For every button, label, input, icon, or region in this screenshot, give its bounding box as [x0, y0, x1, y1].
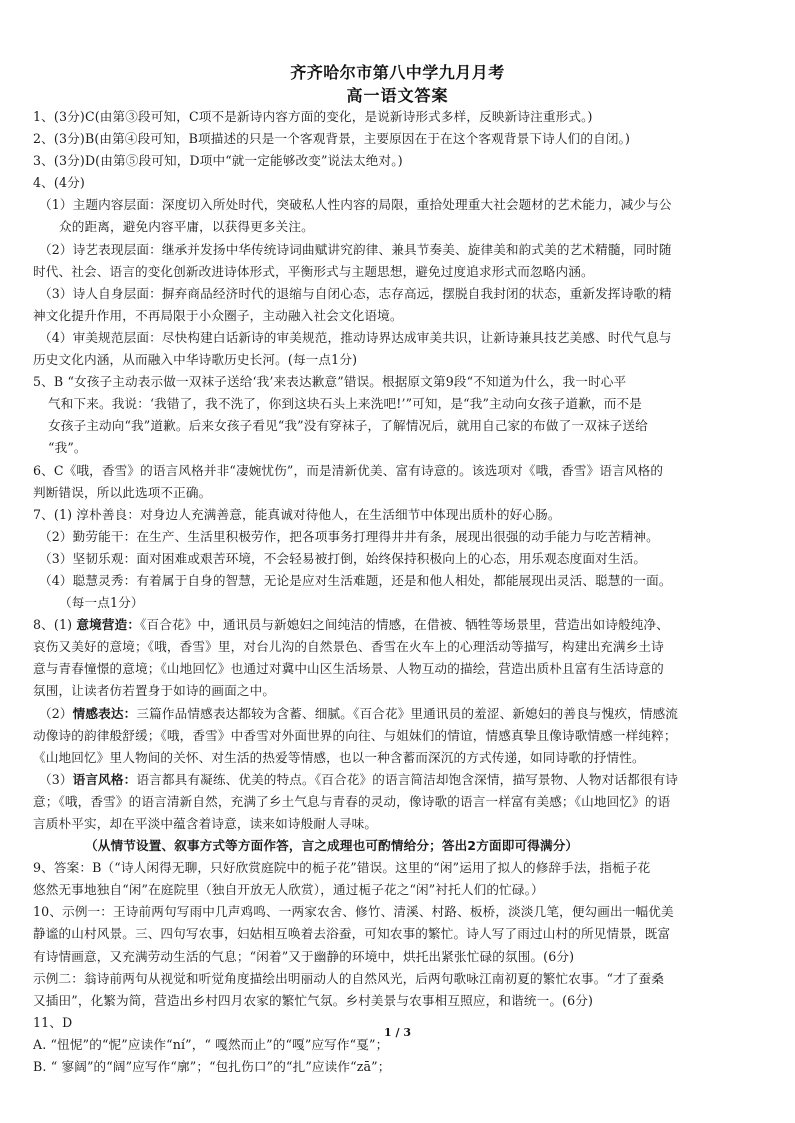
- answer-q4-point3: （3）诗人自身层面：摒弃商品经济时代的退缩与自闭心态，志存高远，摆脱自我封闭的状…: [33, 283, 768, 305]
- answer-q10-example1: 10、示例一：王诗前两句写雨中几声鸡鸣、一两家农舍、修竹、清溪、村路、板桥，淡淡…: [33, 901, 768, 923]
- answer-sheet-page: 齐齐哈尔市第八中学九月月考 高一语文答案 1、(3分)C(由第③段可知，C项不是…: [0, 0, 795, 1123]
- answer-q8-point1-prefix: 8、(1): [33, 617, 76, 632]
- answer-q1: 1、(3分)C(由第③段可知，C项不是新诗内容方面的变化，是说新诗形式多样，反映…: [33, 106, 768, 128]
- answer-q4-point2: （2）诗艺表现层面：继承并发扬中华传统诗词曲赋讲究韵律、兼具节奏美、旋律美和韵式…: [33, 239, 768, 261]
- answer-q8-point2-text: 三篇作品情感表达都较为含蓄、细腻。《百合花》里通讯员的羞涩、新媳妇的善良与愧疚，…: [136, 706, 678, 721]
- answer-q5-cont: “我”。: [33, 437, 768, 459]
- answer-q4-point1-cont: 众的距离，避免内容平庸，以获得更多关注。: [33, 216, 768, 238]
- answer-body: 1、(3分)C(由第③段可知，C项不是新诗内容方面的变化，是说新诗形式多样，反映…: [33, 106, 768, 1078]
- answer-q4-point4: （4）审美规范层面：尽快构建白话新诗的审美规范，推动诗界达成审美共识，让新诗兼具…: [33, 327, 768, 349]
- answer-q8-grading-note: （从情节设置、叙事方式等方面作答，言之成理也可酌情给分；答出2方面即可得满分）: [33, 835, 768, 857]
- answer-q7-score-note: （每一点1分）: [33, 592, 768, 614]
- answer-q7-point3: （3）坚韧乐观：面对困难或艰苦环境，不会轻易被打倒，始终保持积极向上的心态，用乐…: [33, 548, 768, 570]
- answer-q8-point3-label: 语言风格：: [73, 772, 137, 787]
- answer-q8-point3-cont: 言质朴平实，却在平淡中蕴含着诗意，读来如诗般耐人寻味。: [33, 813, 768, 835]
- answer-q2: 2、(3分)B(由第④段可知，B项描述的只是一个客观背景，主要原因在于在这个客观…: [33, 128, 768, 150]
- answer-q7-point4: （4）聪慧灵秀：有着属于自身的智慧，无论是应对生活难题，还是和他人相处，都能展现…: [33, 570, 768, 592]
- answer-q7-point1: 7、(1) 淳朴善良：对身边人充满善意，能真诚对待他人，在生活细节中体现出质朴的…: [33, 504, 768, 526]
- answer-q8-point1-text: 《百合花》中，通讯员与新媳妇之间纯洁的情感，在借被、牺牲等场景里，营造出如诗般纯…: [140, 617, 669, 632]
- answer-q8-point2-cont: 《山地回忆》里人物间的关怀、对生活的热爱等情感，也以一种含蓄而深沉的方式传递，如…: [33, 747, 768, 769]
- answer-q10-example1-cont: 有诗情画意，又充满劳动生活的气息；“闲着”又于幽静的环境中，烘托出紧张忙碌的氛围…: [33, 946, 768, 968]
- answer-q8-point2-prefix: （2）: [39, 706, 73, 721]
- answer-q8-point3: （3）语言风格：语言都具有凝练、优美的特点。《百合花》的语言简洁却饱含深情，描写…: [33, 769, 768, 791]
- answer-q4-point2-cont: 时代、社会、语言的变化创新改进诗体形式，平衡形式与主题思想，避免过度追求形式而忽…: [33, 261, 768, 283]
- answer-q11-option-b: B. “ 寥阔”的“阔”应写作“廓”；“包扎伤口”的“扎”应读作“zā”；: [33, 1056, 768, 1078]
- page-title: 高一语文答案: [0, 83, 795, 106]
- exam-header: 齐齐哈尔市第八中学九月月考: [0, 60, 795, 83]
- page-number: 1 / 3: [0, 1026, 795, 1039]
- answer-q5-cont: 女孩子主动向“我”道歉。后来女孩子看见“我”没有穿袜子，了解情况后，就用自己家的…: [33, 415, 768, 437]
- answer-q10-example2: 示例二：翁诗前两句从视觉和听觉角度描绘出明丽动人的自然风光，后两句歌咏江南初夏的…: [33, 968, 768, 990]
- answer-q9-cont: 悠然无事地独自“闲”在庭院里（独自开放无人欣赏），通过栀子花之“闲”衬托人们的忙…: [33, 879, 768, 901]
- answer-q8-point3-text: 语言都具有凝练、优美的特点。《百合花》的语言简洁却饱含深情，描写景物、人物对话都…: [136, 772, 678, 787]
- answer-q10-example1-cont: 静谧的山村风景。三、四句写农事，妇姑相互唤着去浴蚕，可知农事的繁忙。诗人写了雨过…: [33, 923, 768, 945]
- answer-q4-point4-cont: 历史文化内涵，从而融入中华诗歌历史长河。(每一点1分): [33, 349, 768, 371]
- answer-q6-cont: 判断错误，所以此选项不正确。: [33, 482, 768, 504]
- answer-q8-point2: （2）情感表达：三篇作品情感表达都较为含蓄、细腻。《百合花》里通讯员的羞涩、新媳…: [33, 703, 768, 725]
- answer-q4-point3-cont: 神文化提升作用，不再局限于小众圈子，主动融入社会文化语境。: [33, 305, 768, 327]
- answer-q8-point2-label: 情感表达：: [73, 706, 137, 721]
- answer-q9: 9、答案：B（“诗人闲得无聊，只好欣赏庭院中的栀子花”错误。这里的“闲”运用了拟…: [33, 857, 768, 879]
- answer-q8-point3-prefix: （3）: [39, 772, 73, 787]
- answer-q7-point2: （2）勤劳能干：在生产、生活里积极劳作，把各项事务打理得井井有条，展现出很强的动…: [33, 526, 768, 548]
- answer-q8-point3-cont: 意；《哦，香雪》的语言清新自然，充满了乡土气息与青春的灵动，像诗歌的语言一样富有…: [33, 791, 768, 813]
- answer-q8-point1: 8、(1) 意境营造：《百合花》中，通讯员与新媳妇之间纯洁的情感，在借被、牺牲等…: [33, 614, 768, 636]
- answer-q10-example2-cont: 又插田”，化繁为简，营造出乡村四月农家的繁忙气氛。乡村美景与农事相互照应，和谐统…: [33, 990, 768, 1012]
- answer-q4-head: 4、(4分): [33, 172, 768, 194]
- answer-q5-cont: 气和下来。我说：‘我错了，我不洗了，你到这块石头上来洗吧!’”可知，是“我”主动…: [33, 393, 768, 415]
- answer-q8-point1-label: 意境营造：: [76, 617, 140, 632]
- answer-q8-point1-cont: 氛围，让读者仿若置身于如诗的画面之中。: [33, 680, 768, 702]
- answer-q4-point1: （1）主题内容层面：深度切入所处时代，突破私人性内容的局限，重拾处理重大社会题材…: [33, 194, 768, 216]
- answer-q8-point1-cont: 意与青春憧憬的意境；《山地回忆》也通过对冀中山区生活场景、人物互动的描绘，营造出…: [33, 658, 768, 680]
- answer-q5: 5、B “女孩子主动表示做一双袜子送给‘我’来表达歉意”错误。根据原文第9段“不…: [33, 371, 768, 393]
- answer-q8-point2-cont: 动像诗的韵律般舒缓；《哦，香雪》中香雪对外面世界的向往、与姐妹们的情谊，情感真挚…: [33, 725, 768, 747]
- answer-q6: 6、C《哦，香雪》的语言风格并非“凄婉忧伤”，而是清新优美、富有诗意的。该选项对…: [33, 460, 768, 482]
- answer-q8-point1-cont: 哀伤又美好的意境；《哦，香雪》里，对台儿沟的自然景色、香雪在火车上的心理活动等描…: [33, 636, 768, 658]
- answer-q3: 3、(3分)D(由第⑤段可知，D项中“就一定能够改变”说法太绝对。): [33, 150, 768, 172]
